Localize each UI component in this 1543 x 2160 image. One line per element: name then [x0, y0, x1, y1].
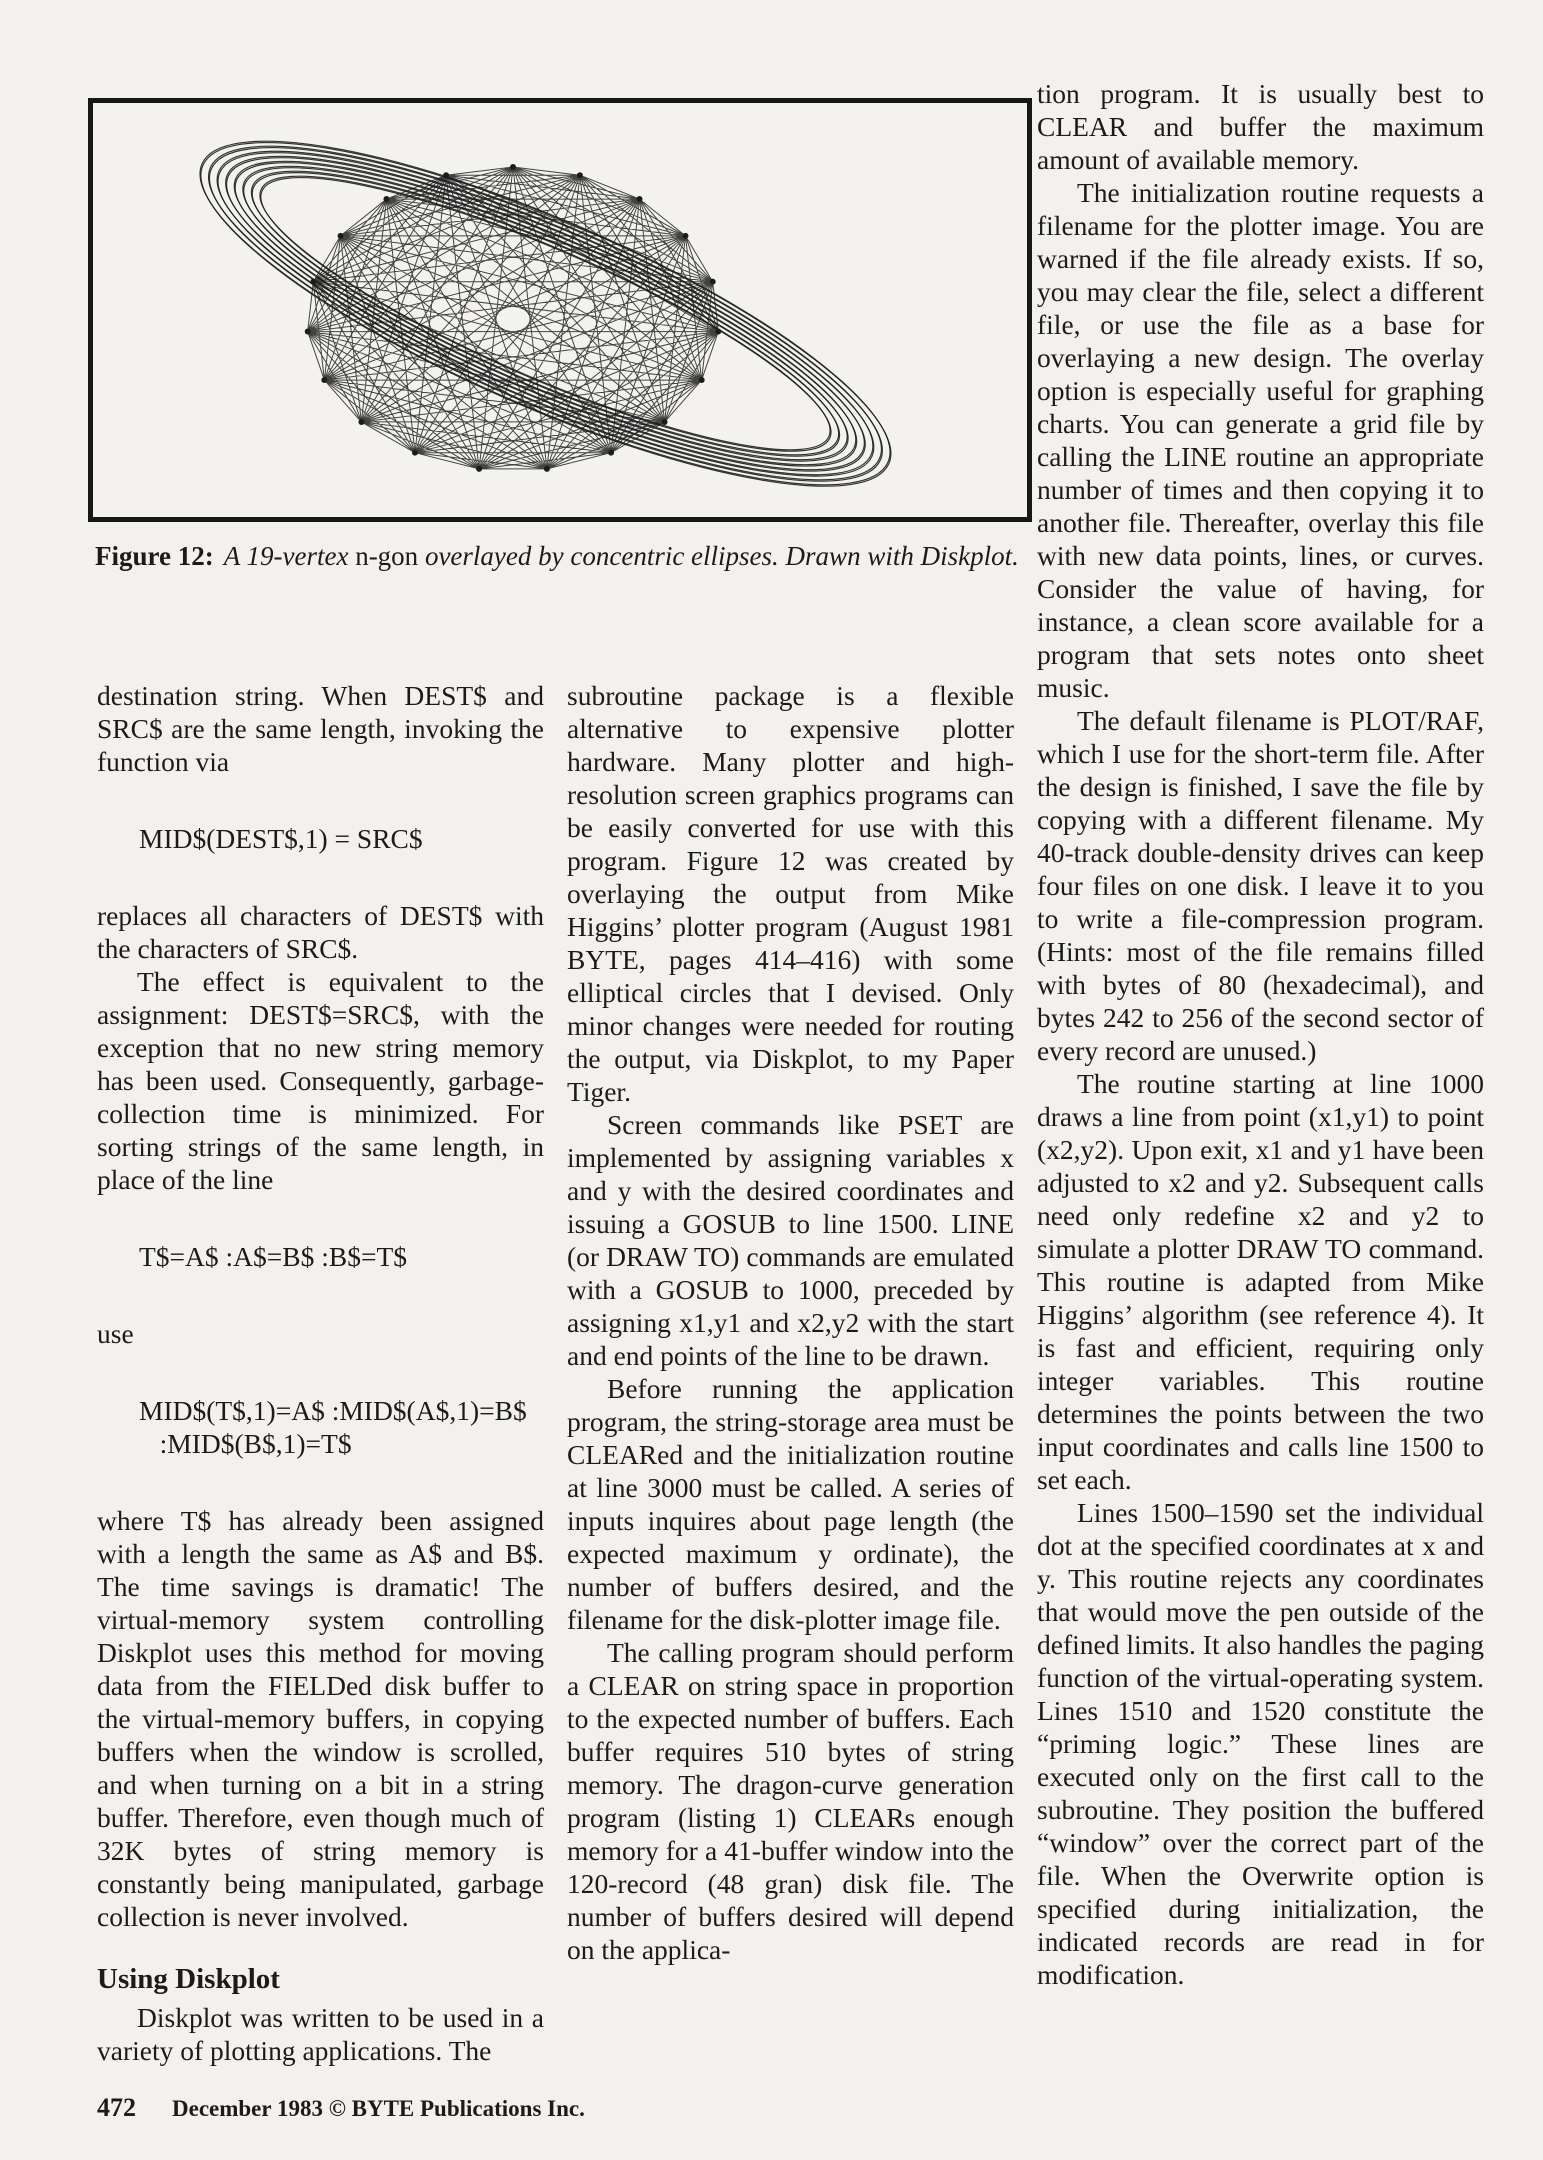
paragraph: The calling program should perform a CLE…	[567, 1636, 1014, 1966]
page-footer: 472December 1983 © BYTE Publications Inc…	[97, 2093, 585, 2123]
code-line: MID$(T$,1)=A$ :MID$(A$,1)=B$ :MID$(B$,1)…	[97, 1394, 544, 1460]
paragraph: Lines 1500–1590 set the individual dot a…	[1037, 1496, 1484, 1991]
figure-12-box	[88, 98, 1032, 522]
paragraph: The initialization routine requests a fi…	[1037, 176, 1484, 704]
paragraph: use	[97, 1317, 544, 1350]
paragraph: Screen commands like PSET are implemente…	[567, 1108, 1014, 1372]
paragraph: replaces all characters of DEST$ with th…	[97, 899, 544, 965]
code-line: MID$(DEST$,1) = SRC$	[97, 822, 544, 855]
section-heading-using-diskplot: Using Diskplot	[97, 1963, 544, 1996]
paragraph: destination string. When DEST$ and SRC$ …	[97, 679, 544, 778]
planet-plot-image	[93, 103, 1027, 517]
paragraph: The routine starting at line 1000 draws …	[1037, 1067, 1484, 1496]
magazine-page: Figure 12:A 19-vertex n-gon overlayed by…	[0, 0, 1543, 2160]
column-middle: subroutine package is a flexible alterna…	[567, 679, 1014, 1966]
paragraph: The effect is equivalent to the assignme…	[97, 965, 544, 1196]
figure-caption-ngon: n-gon	[355, 541, 418, 571]
code-line: T$=A$ :A$=B$ :B$=T$	[97, 1240, 544, 1273]
footer-imprint: December 1983 © BYTE Publications Inc.	[172, 2096, 585, 2121]
figure-caption-text-1: A 19-vertex	[224, 541, 355, 571]
figure-caption-label: Figure 12:	[95, 541, 214, 571]
figure-caption: Figure 12:A 19-vertex n-gon overlayed by…	[95, 541, 1040, 572]
paragraph: tion program. It is usually best to CLEA…	[1037, 77, 1484, 176]
page-number: 472	[97, 2093, 136, 2122]
figure-caption-text-2: overlayed by concentric ellipses. Drawn …	[418, 541, 1019, 571]
paragraph: subroutine package is a flexible alterna…	[567, 679, 1014, 1108]
paragraph: where T$ has already been assigned with …	[97, 1504, 544, 1933]
paragraph: The default filename is PLOT/RAF, which …	[1037, 704, 1484, 1067]
paragraph: Before running the application program, …	[567, 1372, 1014, 1636]
column-right: tion program. It is usually best to CLEA…	[1037, 77, 1484, 1991]
paragraph: Diskplot was written to be used in a var…	[97, 2001, 544, 2067]
column-left: destination string. When DEST$ and SRC$ …	[97, 679, 544, 2067]
